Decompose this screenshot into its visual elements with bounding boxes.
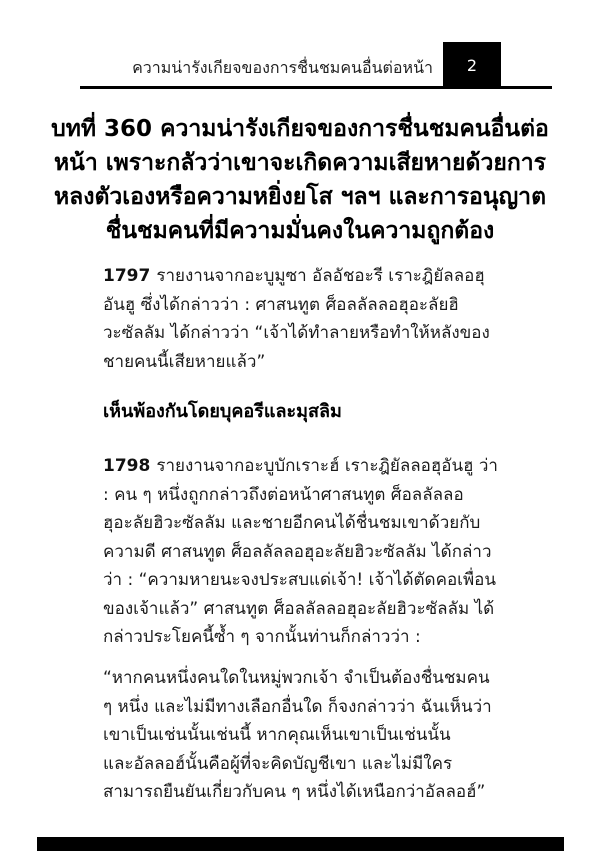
text-line: ๆ หนึ่ง และไม่มีทางเลือกอื่นใด ก็จงกล่าว… [103,693,531,722]
chapter-title-line: หลงตัวเองหรือความหยิ่งยโส ฯลฯ และการอนุญ… [38,180,562,214]
text-line: สามารถยืนยันเกี่ยวกับคน ๆ หนึ่งได้เหนือก… [103,778,531,807]
hadith-number: 1797 [103,266,150,286]
text-line: ว่า : “ความหายนะจงประสบแด่เจ้า! เจ้าได้ต… [103,566,531,595]
text-line: 1798รายงานจากอะบูบักเราะฮ์ เราะฎิยัลลอฮุ… [103,452,531,481]
text-line: ความดี ศาสนทูต ศ็อลลัลลอฮุอะลัยฮิวะซัลลั… [103,538,531,567]
page-number-badge: 2 [443,42,501,88]
section-subheading: เห็นพ้องกันโดยบุคอรีและมุสลิม [103,396,531,425]
chapter-title-line: บทที่ 360 ความน่ารังเกียจของการชื่นชมคนอ… [38,112,562,146]
text-line: “หากคนหนึ่งคนใดในหมู่พวกเจ้า จำเป็นต้องช… [103,664,531,693]
text-line: เขาเป็นเช่นนั้นเช่นนี้ หากคุณเห็นเขาเป็น… [103,721,531,750]
page-number: 2 [467,56,477,75]
hadith-paragraph-1797: 1797รายงานจากอะบูมูซา อัลอัชอะรี เราะฎิย… [103,262,531,376]
text-line: และอัลลอฮ์นั้นคือผู้ที่จะคิดบัญชีเขา และ… [103,750,531,779]
hadith-number: 1798 [103,456,150,476]
chapter-title-line: ชื่นชมคนที่มีความมั่นคงในความถูกต้อง [38,214,562,248]
text-line: ฮุอะลัยฮิวะซัลลัม และชายอีกคนได้ชื่นชมเข… [103,509,531,538]
footer-bar [37,837,564,851]
text-segment: รายงานจากอะบูมูซา อัลอัชอะรี เราะฎิยัลลอ… [156,266,484,286]
chapter-title: บทที่ 360 ความน่ารังเกียจของการชื่นชมคนอ… [38,112,562,248]
text-line: ของเจ้าแล้ว” ศาสนทูต ศ็อลลัลลอฮุอะลัยฮิว… [103,595,531,624]
text-line: ชายคนนี้เสียหายแล้ว” [103,348,531,377]
text-line: อันฮู ซึ่งได้กล่าวว่า : ศาสนทูต ศ็อลลัลล… [103,291,531,320]
closing-quote-paragraph: “หากคนหนึ่งคนใดในหมู่พวกเจ้า จำเป็นต้องช… [103,664,531,807]
header-rule [80,86,552,89]
hadith-paragraph-1798: 1798รายงานจากอะบูบักเราะฮ์ เราะฎิยัลลอฮุ… [103,452,531,652]
running-title: ความน่ารังเกียจของการชื่นชมคนอื่นต่อหน้า [0,56,433,81]
book-page: ความน่ารังเกียจของการชื่นชมคนอื่นต่อหน้า… [0,0,600,852]
text-line: 1797รายงานจากอะบูมูซา อัลอัชอะรี เราะฎิย… [103,262,531,291]
text-line: วะซัลลัม ได้กล่าวว่า “เจ้าได้ทำลายหรือทำ… [103,319,531,348]
text-segment: รายงานจากอะบูบักเราะฮ์ เราะฎิยัลลอฮุอันฮ… [156,456,498,476]
text-line: : คน ๆ หนึ่งถูกกล่าวถึงต่อหน้าศาสนทูต ศ็… [103,481,531,510]
text-line: กล่าวประโยคนี้ซ้ำ ๆ จากนั้นท่านก็กล่าวว่… [103,623,531,652]
chapter-title-line: หน้า เพราะกลัวว่าเขาจะเกิดความเสียหายด้ว… [38,146,562,180]
